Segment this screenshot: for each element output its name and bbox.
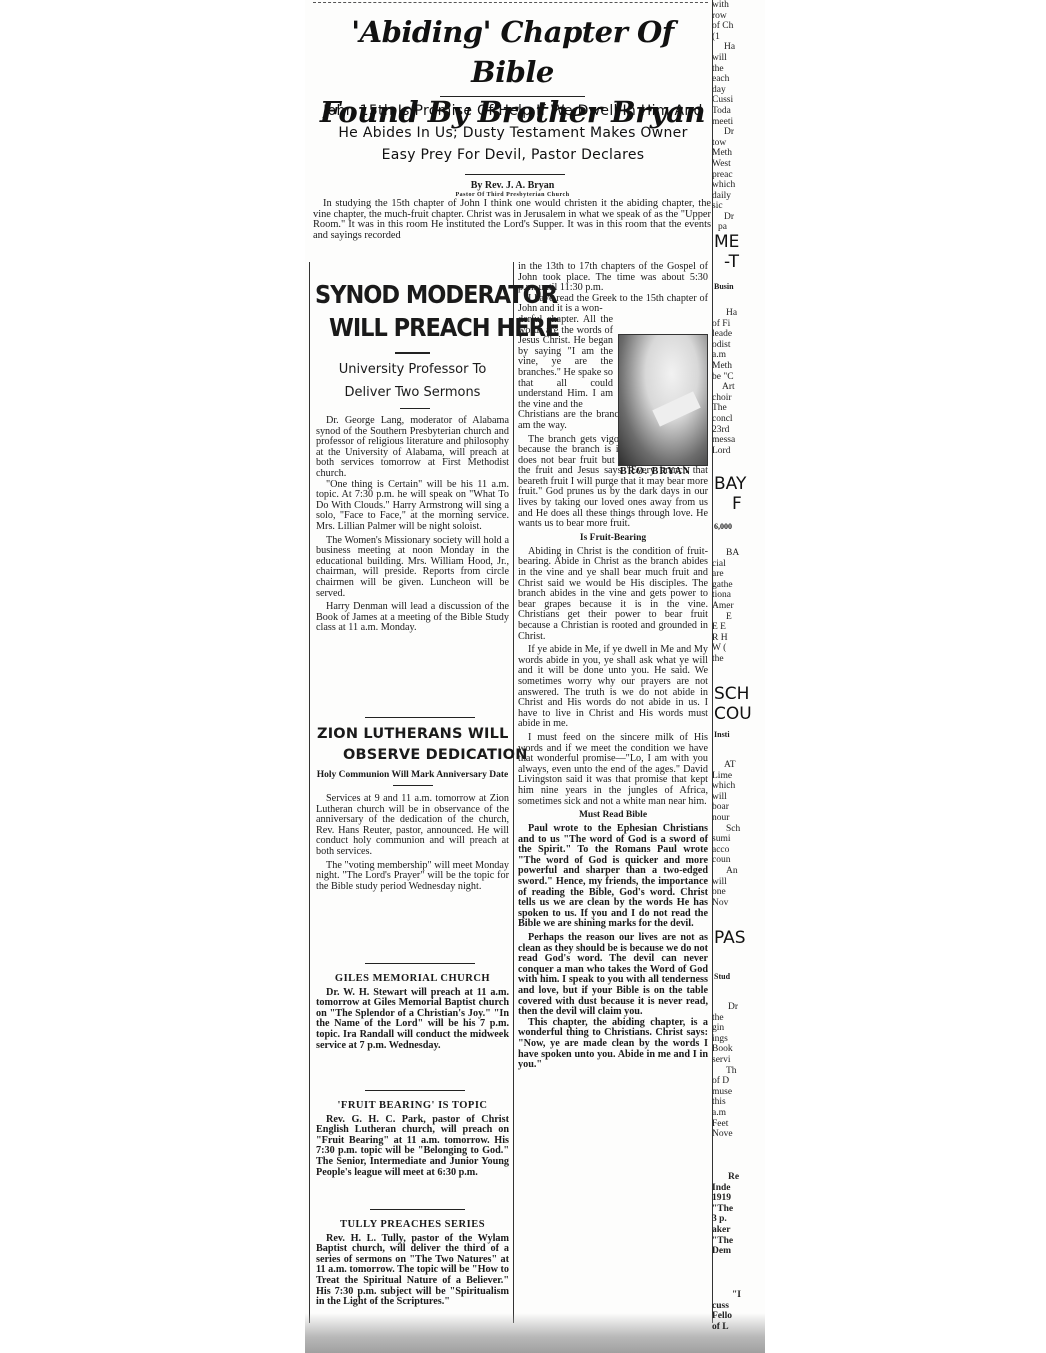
synod-paragraph: Dr. George Lang, moderator of Alabama sy… [316, 416, 509, 480]
column-divider-middle [513, 262, 514, 1323]
headline-rule [440, 96, 585, 97]
right-fragment-subhead-4: Stud [714, 972, 730, 981]
right-fragment-block-4: Dr the gin ings Book servi Th of D muse … [712, 1002, 738, 1140]
synod-deck-rule [400, 408, 430, 409]
right-fragment-block-3: AT Lime which will boar nour Sch sumi ac… [712, 760, 740, 908]
right-fragment-head-4: PAS [714, 928, 746, 948]
tully-headline: TULLY PREACHES SERIES [316, 1220, 509, 1231]
fruit-bearing-story: 'FRUIT BEARING' IS TOPIC Rev. G. H. C. P… [316, 1097, 509, 1178]
subhead-fruit-bearing: Is Fruit-Bearing [518, 533, 708, 544]
tully-story: TULLY PREACHES SERIES Rev. H. L. Tully, … [316, 1216, 509, 1308]
synod-paragraph: The Women's Missionary society will hold… [316, 536, 509, 600]
main-deck: John 15th Is Promise Of Help If We Dwell… [313, 100, 713, 166]
main-paragraph: Paul wrote to the Ephesian Christians an… [518, 824, 708, 930]
synod-end-rule [365, 717, 475, 718]
right-fragment-block-2: BA cial are gathe tiona Amer E E E R H W… [712, 548, 739, 665]
zion-headline-line-1: ZION LUTHERANS WILL [317, 724, 512, 745]
right-fragment-subhead-1: Busin [714, 282, 734, 291]
zion-paragraph: The "voting membership" will meet Monday… [316, 861, 509, 893]
fruit-end-rule [370, 1209, 465, 1210]
main-paragraph: in the 13th to 17th chapters of the Gosp… [518, 262, 708, 294]
photo-caption: BRO. BRYAN [620, 466, 691, 477]
main-paragraph: Perhaps the reason our lives are not as … [518, 933, 708, 1018]
synod-paragraph: "One thing is Certain" will be his 11 a.… [316, 480, 509, 533]
giles-headline: GILES MEMORIAL CHURCH [316, 974, 509, 985]
right-fragment-head-2: BAY F [714, 474, 746, 514]
main-paragraph-beside-photo: derful chapter. All the words are the wo… [518, 315, 613, 410]
right-fragment-head-1: ME -T [714, 232, 739, 272]
zion-paragraph: Services at 9 and 11 a.m. tomorrow at Zi… [316, 794, 509, 858]
right-fragment-subhead-3: Insti [714, 730, 730, 739]
zion-headline: ZION LUTHERANS WILL OBSERVE DEDICATION [317, 724, 512, 766]
right-fragment-block-5: Re Inde 1919 "The 3 p. aker "The Dem [712, 1172, 739, 1257]
newspaper-clipping: 'Abiding' Chapter Of Bible Found By Brot… [305, 0, 765, 1353]
top-border-rule [313, 2, 708, 3]
lead-paragraph: In studying the 15th chapter of John I t… [313, 198, 711, 241]
torn-bottom-edge [305, 1313, 765, 1353]
deck-rule [465, 174, 565, 175]
giles-end-rule [365, 1090, 465, 1091]
tully-paragraph: Rev. H. L. Tully, pastor of the Wylam Ba… [316, 1234, 509, 1308]
synod-body: Dr. George Lang, moderator of Alabama sy… [316, 416, 509, 634]
byline: By Rev. J. A. Bryan [315, 180, 710, 191]
synod-rule [395, 352, 430, 354]
main-paragraph: If ye abide in Me, if ye dwell in Me and… [518, 645, 708, 730]
subhead-must-read-bible: Must Read Bible [518, 810, 708, 821]
column-divider-left [309, 262, 310, 1323]
main-paragraph: Abiding in Christ is the condition of fr… [518, 547, 708, 642]
zion-end-rule [365, 963, 475, 964]
zion-subhead: Holy Communion Will Mark Anniversary Dat… [316, 770, 509, 781]
synod-deck: University Professor To Deliver Two Serm… [315, 358, 510, 404]
main-story-lead: In studying the 15th chapter of John I t… [313, 199, 711, 241]
main-paragraph: I have read the Greek to the 15th chapte… [518, 294, 708, 315]
zion-rule [393, 785, 433, 786]
main-deck-line-3: Easy Prey For Devil, Pastor Declares [313, 144, 713, 166]
right-fragment-block-6: "I cuss Fello of L [712, 1290, 741, 1332]
giles-story: GILES MEMORIAL CHURCH Dr. W. H. Stewart … [316, 970, 509, 1051]
synod-deck-line-1: University Professor To [315, 358, 510, 381]
fruit-bearing-paragraph: Rev. G. H. C. Park, pastor of Christ Eng… [316, 1115, 509, 1179]
synod-deck-line-2: Deliver Two Sermons [315, 381, 510, 404]
right-fragment-block-1: Ha of Fi leade odist a.m Meth be "C Art … [712, 308, 737, 456]
right-fragment-subhead-2: 6,000 [714, 522, 732, 531]
main-headline-line-1: 'Abiding' Chapter Of Bible [315, 12, 710, 92]
portrait-photo [618, 334, 708, 466]
zion-body: Holy Communion Will Mark Anniversary Dat… [316, 770, 509, 892]
zion-headline-line-2: OBSERVE DEDICATION [317, 745, 512, 766]
main-deck-line-2: He Abides In Us; Dusty Testament Makes O… [313, 122, 713, 144]
right-fragment-head-3: SCH COU [714, 684, 752, 724]
main-paragraph: This chapter, the abiding chapter, is a … [518, 1018, 708, 1071]
giles-paragraph: Dr. W. H. Stewart will preach at 11 a.m.… [316, 988, 509, 1052]
right-fragment-top: with row of Ch (1 Ha will the each day C… [712, 0, 735, 233]
fruit-bearing-headline: 'FRUIT BEARING' IS TOPIC [316, 1101, 509, 1112]
main-paragraph: I must feed on the sincere milk of His w… [518, 733, 708, 807]
synod-paragraph: Harry Denman will lead a discussion of t… [316, 602, 509, 634]
main-deck-line-1: John 15th Is Promise Of Help If We Dwell… [313, 100, 713, 122]
